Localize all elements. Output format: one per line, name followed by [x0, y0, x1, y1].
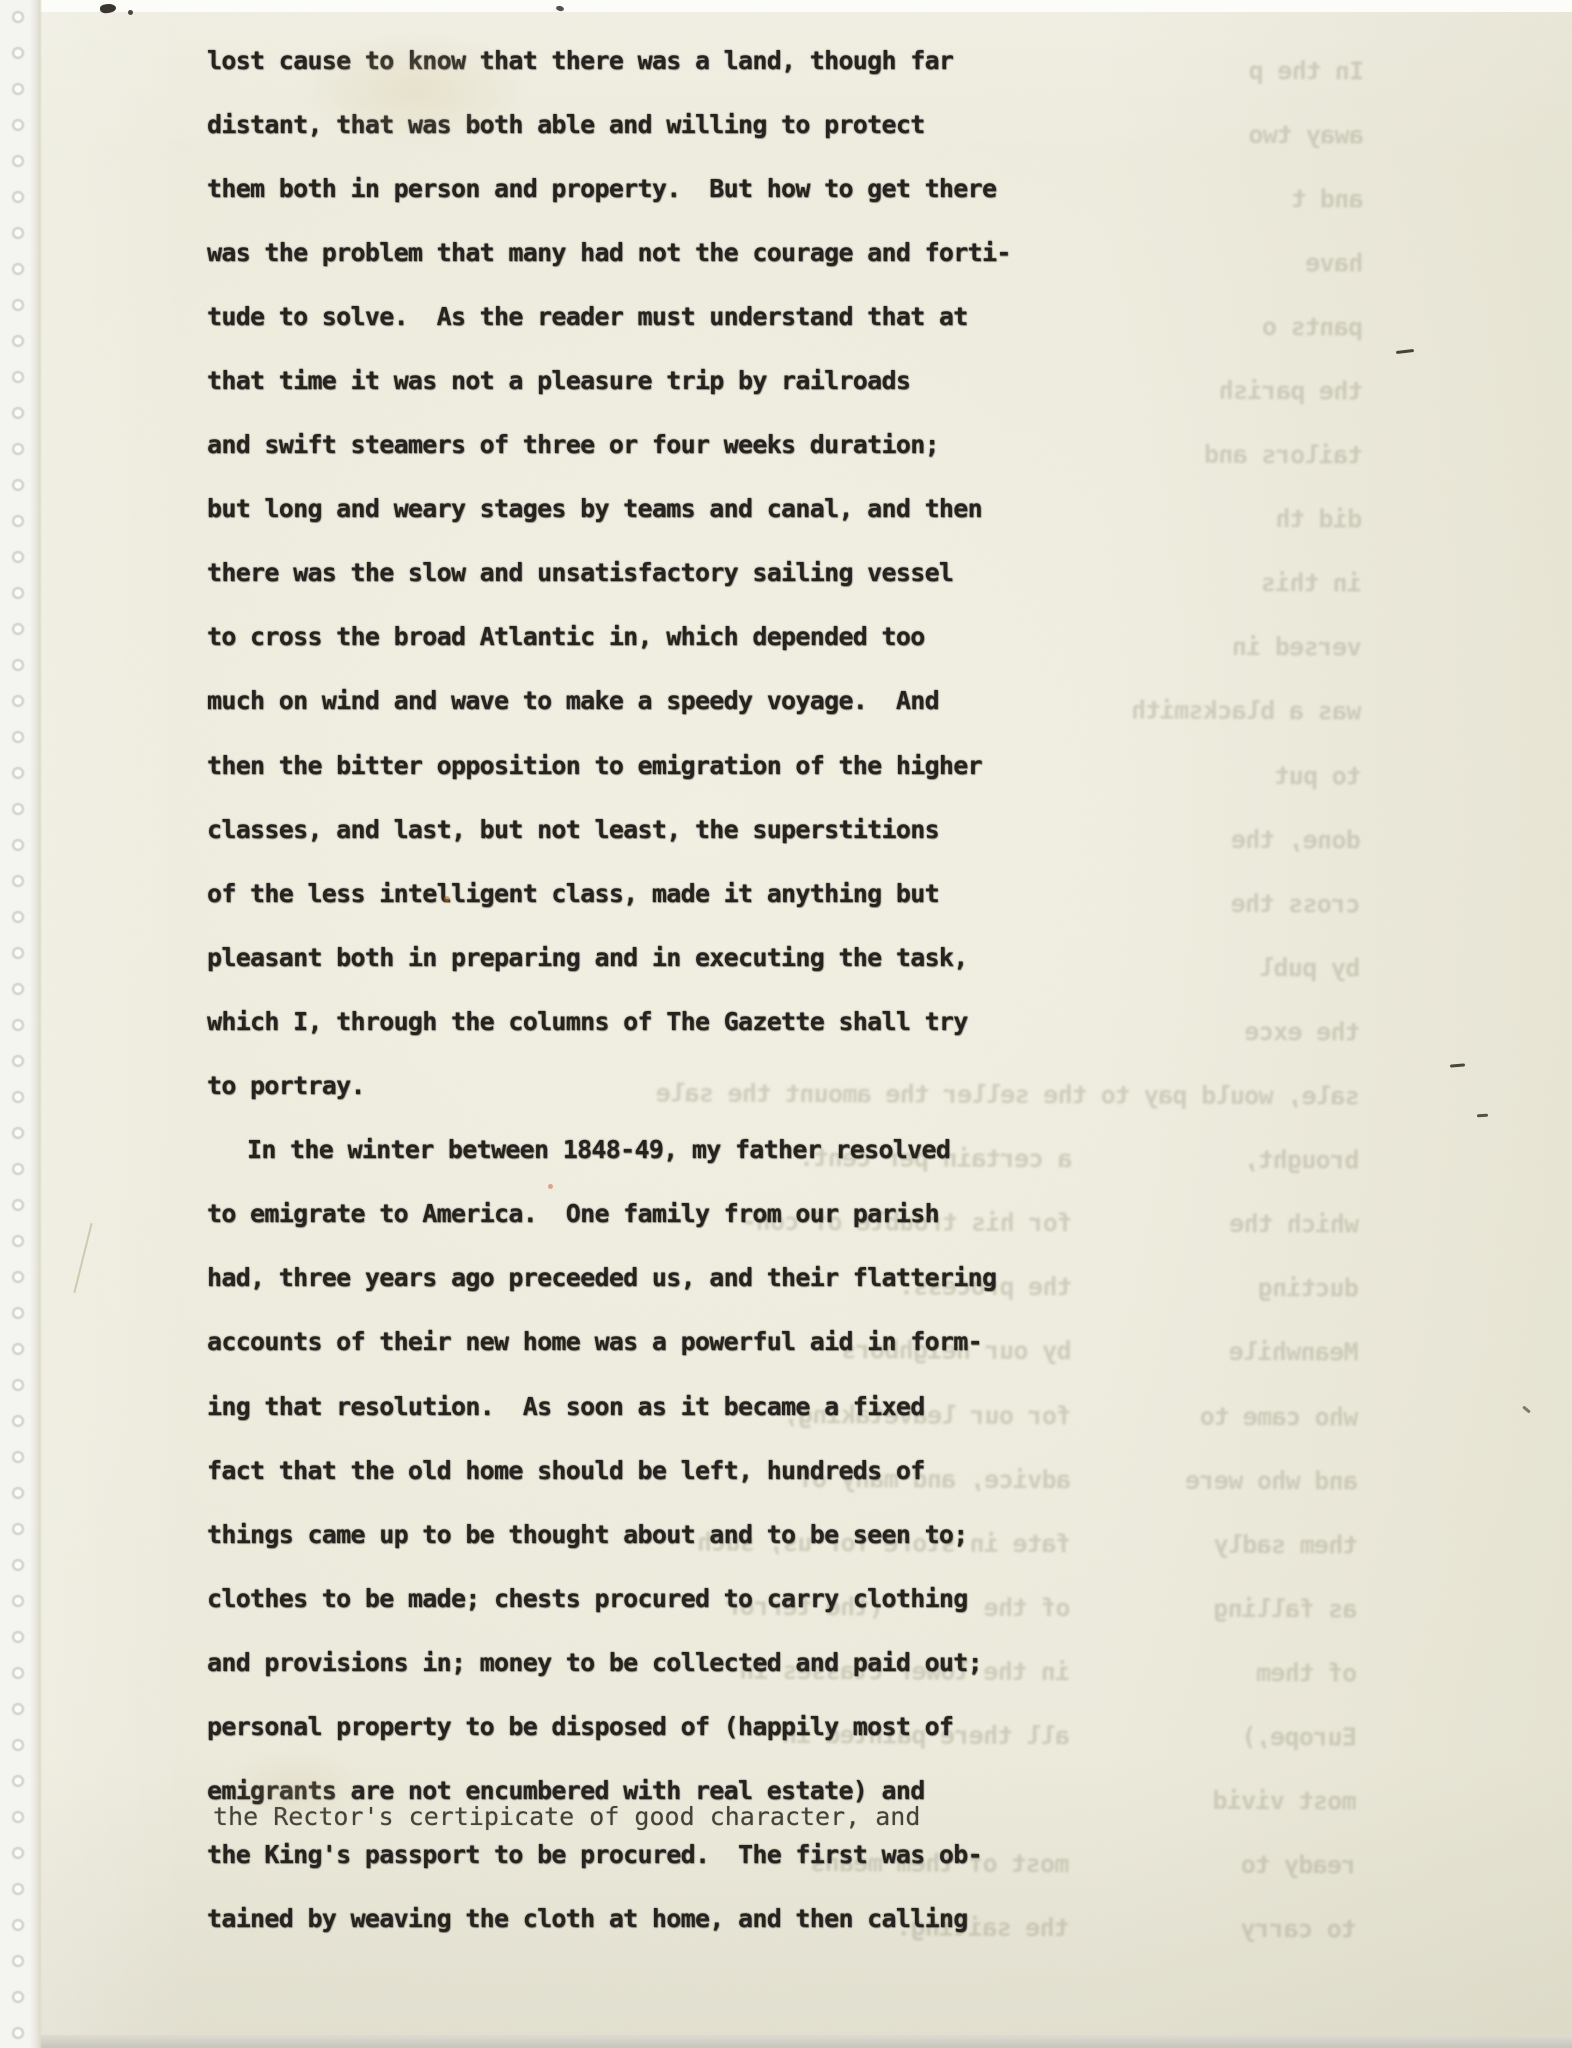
typed-line: tude to solve. As the reader must unders… [207, 284, 1307, 348]
margin-ink-dash [1477, 1114, 1488, 1118]
typed-line: lost cause to know that there was a land… [207, 28, 1307, 92]
typed-line: was the problem that many had not the co… [207, 220, 1307, 284]
typed-line: fact that the old home should be left, h… [207, 1438, 1307, 1502]
typed-line: In the winter between 1848-49, my father… [207, 1118, 1307, 1182]
typed-line: tained by weaving the cloth at home, and… [207, 1887, 1307, 1951]
margin-ink-dash [1396, 349, 1414, 354]
margin-ink-dash [1522, 1405, 1531, 1413]
typed-line: to cross the broad Atlantic in, which de… [207, 605, 1307, 669]
typed-line: had, three years ago preceeded us, and t… [207, 1246, 1307, 1310]
typed-line: of the less intelligent class, made it a… [207, 861, 1307, 925]
scanner-edge-top [0, 0, 1572, 12]
typed-line: to emigrate to America. One family from … [207, 1182, 1307, 1246]
typed-line: and swift steamers of three or four week… [207, 413, 1307, 477]
scanner-edge-bottom [0, 2035, 1572, 2048]
typed-line: there was the slow and unsatisfactory sa… [207, 541, 1307, 605]
paper-scratch [73, 1223, 92, 1293]
typed-line: much on wind and wave to make a speedy v… [207, 669, 1307, 733]
typed-line: that time it was not a pleasure trip by … [207, 348, 1307, 412]
typed-line: pleasant both in preparing and in execut… [207, 925, 1307, 989]
typed-line: things came up to be thought about and t… [207, 1502, 1307, 1566]
typed-line: clothes to be made; chests procured to c… [207, 1566, 1307, 1630]
typed-line: accounts of their new home was a powerfu… [207, 1310, 1307, 1374]
typed-line: ing that resolution. As soon as it becam… [207, 1374, 1307, 1438]
typed-text-block: lost cause to know that there was a land… [207, 28, 1307, 1951]
typed-line: distant, that was both able and willing … [207, 92, 1307, 156]
typed-line: and provisions in; money to be collected… [207, 1630, 1307, 1694]
typed-line: but long and weary stages by teams and c… [207, 477, 1307, 541]
typed-line: which I, through the columns of The Gaze… [207, 989, 1307, 1053]
typed-line: them both in person and property. But ho… [207, 156, 1307, 220]
typed-line: to portray. [207, 1054, 1307, 1118]
torn-perforated-edge [0, 0, 42, 2048]
typed-line: then the bitter opposition to emigration… [207, 733, 1307, 797]
typed-line: personal property to be disposed of (hap… [207, 1694, 1307, 1758]
typed-line: classes, and last, but not least, the su… [207, 797, 1307, 861]
inserted-correction-line: the Rector's certipicate of good charact… [213, 1786, 920, 1848]
margin-ink-dash [1450, 1063, 1465, 1067]
scanned-page: In the paway twoand thavepants othe pari… [0, 0, 1572, 2048]
